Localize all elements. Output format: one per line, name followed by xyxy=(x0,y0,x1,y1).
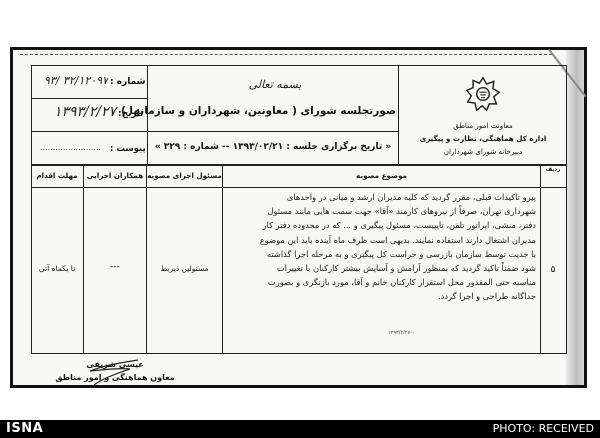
column-divider-deadline xyxy=(83,165,84,354)
header-left-row-divider-1 xyxy=(31,98,148,99)
column-divider-responsible xyxy=(222,165,223,354)
column-header-responsible: مسئول اجرای مصوبه xyxy=(147,171,222,180)
column-header-row-no: ردیف xyxy=(543,167,563,174)
invocation: بسمه تعالی xyxy=(240,78,310,91)
subject-line: مناسبه حتی المقدور محل استقرار کارکنان خ… xyxy=(226,275,536,289)
subject-line: شهرداری تهران، صرفاً از نیروهای کارمند «… xyxy=(226,204,536,218)
column-header-subject: موضوع مصوبه xyxy=(223,171,540,180)
paper-edge-shadow xyxy=(566,50,584,385)
subject-line: پیرو تاکیدات قبلی، مقرر گردید که کلیه مد… xyxy=(226,190,536,204)
attachment-label: پیوست : xyxy=(110,144,146,154)
org-line-1: معاونت امور مناطق xyxy=(400,121,566,130)
document-title: صورتجلسه شورای ( معاونین، شهرداران و ساز… xyxy=(150,105,396,117)
column-divider-row-no xyxy=(540,165,541,354)
signatory-name: عیسی شریفی xyxy=(70,360,160,369)
subject-line: جداگانه طراحی و اجرا گردد. xyxy=(226,289,536,303)
org-line-3: دبیرخانه شورای شهرداران xyxy=(400,147,566,156)
row-deadline: تا یکماه آتی xyxy=(31,264,83,273)
header-divider-right xyxy=(398,65,399,165)
row-responsible: مسئولین ذیربط xyxy=(147,264,222,273)
table-header-divider xyxy=(31,187,567,188)
page-stamp: ۱۳۹۳/۲/۲۷-۰ xyxy=(388,330,415,336)
row-number: ۵ xyxy=(541,265,565,275)
header-left-row-divider-2 xyxy=(31,131,148,132)
subject-line: شود ضمناً تاکید گردید که بمنظور آرامش و … xyxy=(226,261,536,275)
agency-logo-text: ISNA xyxy=(6,421,43,436)
top-perforation-line xyxy=(20,54,552,56)
signatory-title: معاون هماهنگی و امور مناطق xyxy=(40,373,190,382)
column-header-deadline: مهلت اقدام xyxy=(31,171,83,180)
column-header-collaborators: همکاران اجرایی xyxy=(84,171,146,180)
header-center-row-divider xyxy=(147,131,399,132)
photo-credit: PHOTO: RECEIVED xyxy=(493,422,594,435)
number-value: ۳۲/۱۲۰۹۷ /۹۳ xyxy=(36,74,108,87)
subject-line: مدیران اشتغال دارند استفاده نمایند. بدیه… xyxy=(226,233,536,247)
tehran-municipality-logo-icon xyxy=(465,76,501,112)
column-divider-collaborators xyxy=(146,165,147,354)
subject-line: با جدیت توسط سازمان بازرسی و حراست کل پی… xyxy=(226,247,536,261)
org-line-2: اداره کل هماهنگی، نظارت و پیگیری xyxy=(400,134,566,143)
row-collaborators: --- xyxy=(84,262,146,272)
subject-line: دفتر، منشی، اپراتور تلفن، تایپیست، مسئول… xyxy=(226,218,536,232)
attachment-value: ........................ xyxy=(40,143,101,152)
number-label: شماره : xyxy=(110,77,146,87)
row-subject-text: پیرو تاکیدات قبلی، مقرر گردید که کلیه مد… xyxy=(226,190,536,304)
meeting-date-number: « تاریخ برگزاری جلسه : ۱۳۹۳/۰۲/۲۱ -- شما… xyxy=(150,142,396,152)
date-value: ۱۳۹۳/۲/۲۷ xyxy=(38,104,116,120)
